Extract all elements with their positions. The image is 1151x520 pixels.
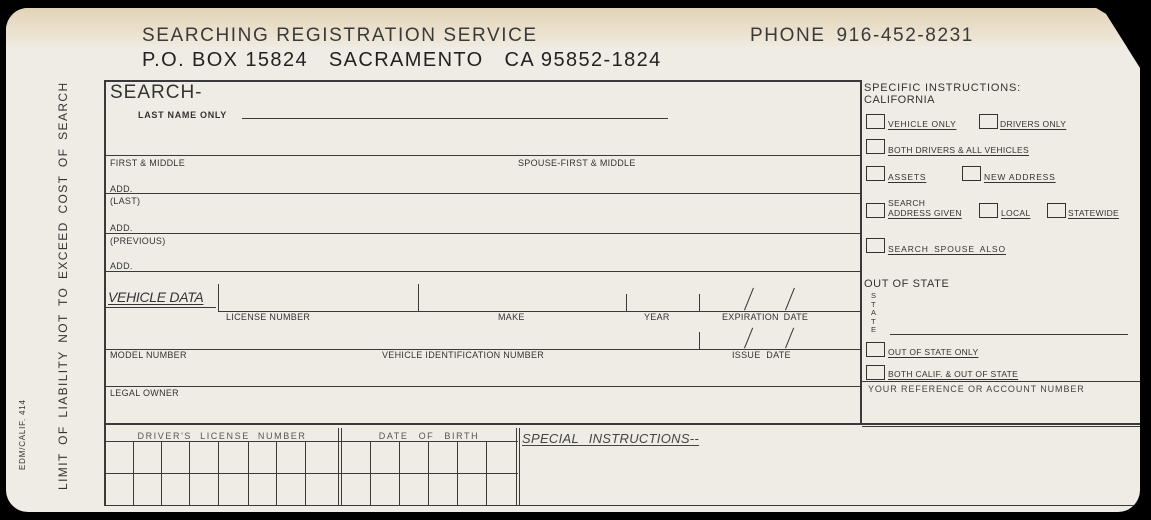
reference-bottom-line	[862, 426, 1140, 427]
license-number-input[interactable]	[222, 294, 418, 310]
expiration-date-label: EXPIRATION DATE	[722, 312, 808, 322]
california-subtitle: CALIFORNIA	[864, 94, 935, 106]
first-middle-label: FIRST & MIDDLE	[110, 158, 185, 168]
model-number-label: MODEL NUMBER	[110, 350, 187, 360]
checkbox-both-drivers-all-vehicles[interactable]	[866, 139, 885, 154]
search-title: SEARCH-	[110, 82, 203, 104]
legal-owner-label: LEGAL OWNER	[110, 388, 179, 398]
card-bottom-line	[104, 505, 1140, 506]
issue-start-tick	[699, 332, 700, 350]
checkbox-local[interactable]	[979, 203, 998, 218]
checkbox-search-spouse-also[interactable]	[866, 238, 885, 253]
search-address-given-line2: ADDRESS GIVEN	[888, 208, 962, 218]
both-drivers-all-vehicles-label: BOTH DRIVERS & ALL VEHICLES	[888, 145, 1029, 155]
checkbox-drivers-only[interactable]	[979, 114, 998, 129]
model-vin-input[interactable]	[110, 332, 694, 348]
last-address-prefix: (LAST)	[110, 196, 140, 206]
form-code: EDM/CALIF. 414	[18, 399, 27, 470]
bottom-section-top-line	[104, 423, 1140, 425]
state-input[interactable]	[892, 318, 1130, 334]
date-of-birth-label: DATE OF BIRTH	[342, 431, 516, 441]
out-of-state-only-label: OUT OF STATE ONLY	[888, 347, 978, 357]
last-name-input[interactable]	[246, 104, 670, 120]
checkbox-vehicle-only[interactable]	[866, 114, 885, 129]
vehicle-data-title: VEHICLE DATA	[108, 289, 203, 305]
legal-owner-input[interactable]	[110, 402, 854, 418]
license-start-tick	[218, 284, 219, 312]
special-instructions-input[interactable]	[524, 450, 1134, 504]
local-label: LOCAL	[1001, 208, 1030, 218]
both-calif-out-of-state-label: BOTH CALIF. & OUT OF STATE	[888, 369, 1018, 379]
model-vin-values-input[interactable]	[110, 366, 854, 382]
last-address-input[interactable]	[136, 218, 850, 234]
frame-top-line	[104, 80, 861, 82]
checkbox-search-address-given[interactable]	[866, 203, 885, 218]
assets-label: ASSETS	[888, 172, 926, 182]
previous-address-prefix: (PREVIOUS)	[110, 236, 166, 246]
company-address: P.O. BOX 15824 SACRAMENTO CA 95852-1824	[142, 49, 662, 72]
grid-middle-line	[104, 473, 518, 474]
special-instructions-label: SPECIAL INSTRUCTIONS--	[522, 431, 699, 446]
drivers-license-label: DRIVER'S LICENSE NUMBER	[106, 431, 338, 441]
issue-date-input[interactable]	[704, 332, 858, 348]
date-of-birth-input-row1[interactable]	[344, 448, 518, 470]
frame-mid-divider	[860, 80, 862, 424]
search-spouse-also-label: SEARCH SPOUSE ALSO	[888, 244, 1006, 254]
make-input[interactable]	[422, 294, 626, 310]
row-line-first-middle	[104, 155, 861, 156]
previous-address-input[interactable]	[136, 256, 850, 272]
checkbox-both-calif-out-of-state[interactable]	[866, 365, 885, 380]
out-of-state-title: OUT OF STATE	[864, 278, 949, 290]
date-of-birth-input-row2[interactable]	[344, 480, 518, 502]
drivers-only-label: DRIVERS ONLY	[1000, 119, 1066, 129]
drivers-license-input-row1[interactable]	[106, 448, 340, 470]
checkbox-out-of-state-only[interactable]	[866, 342, 885, 357]
drivers-license-input-row2[interactable]	[106, 480, 340, 502]
make-label: MAKE	[498, 312, 525, 322]
year-input[interactable]	[630, 294, 700, 310]
frame-left-line	[104, 80, 106, 506]
state-vertical-label: S T A T E	[871, 292, 879, 335]
legal-owner-line	[104, 386, 861, 387]
search-request-card: SEARCHING REGISTRATION SERVICE PHONE 916…	[6, 8, 1140, 512]
specific-instructions-title: SPECIFIC INSTRUCTIONS:	[864, 82, 1021, 94]
row-line-last	[104, 193, 861, 194]
liability-disclaimer: LIMIT OF LIABILITY NOT TO EXCEED COST OF…	[56, 81, 70, 490]
license-number-label: LICENSE NUMBER	[226, 312, 310, 322]
vin-label: VEHICLE IDENTIFICATION NUMBER	[382, 350, 544, 360]
search-address-given-line1: SEARCH	[888, 198, 925, 208]
checkbox-new-address[interactable]	[962, 166, 981, 181]
company-phone: PHONE 916-452-8231	[750, 25, 974, 47]
reference-input[interactable]	[868, 400, 1138, 418]
address-3-label: ADD.	[110, 261, 133, 271]
statewide-label: STATEWIDE	[1068, 208, 1119, 218]
spouse-first-middle-label: SPOUSE-FIRST & MIDDLE	[518, 158, 636, 168]
address-2-label: ADD.	[110, 223, 133, 233]
vehicle-only-label: VEHICLE ONLY	[888, 119, 956, 129]
reference-label: YOUR REFERENCE OR ACCOUNT NUMBER	[868, 384, 1085, 394]
company-name: SEARCHING REGISTRATION SERVICE	[142, 25, 538, 47]
reference-top-line	[862, 381, 1140, 382]
row-line-vehicle	[104, 271, 861, 272]
make-start-tick	[418, 284, 419, 312]
year-start-tick	[626, 294, 627, 312]
last-name-label: LAST NAME ONLY	[138, 110, 227, 120]
dob-special-divider-b	[519, 428, 520, 506]
year-label: YEAR	[644, 312, 670, 322]
state-underline	[890, 334, 1128, 335]
state-letter: E	[871, 326, 879, 335]
expiration-date-input[interactable]	[704, 294, 858, 310]
vehicle-data-double-underline	[106, 307, 216, 308]
grid-header-line	[104, 441, 518, 442]
checkbox-assets[interactable]	[866, 166, 885, 181]
issue-date-label: ISSUE DATE	[732, 350, 791, 360]
checkbox-statewide[interactable]	[1047, 203, 1066, 218]
new-address-label: NEW ADDRESS	[984, 172, 1056, 182]
row-line-previous	[104, 233, 861, 234]
